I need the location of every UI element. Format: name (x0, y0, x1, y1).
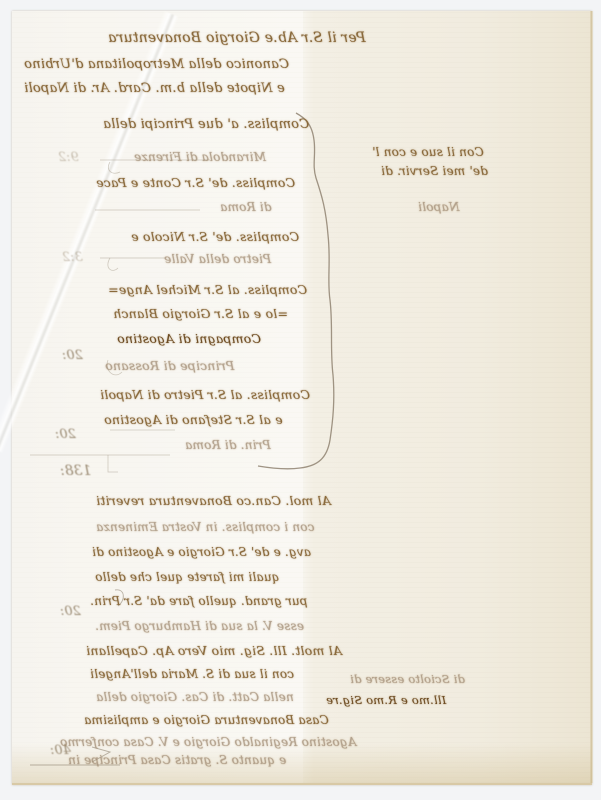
paragraph-line: con il sua di S. Maria dell'Angeli (90, 667, 294, 681)
margin-number: 20: (55, 427, 76, 442)
manuscript-scan: Per il S.r Ab.e Giorgio Bonaventura Cano… (0, 0, 601, 800)
paragraph-line: avg. e de' S.r Giorgio e Agostino di (92, 545, 311, 559)
header-line: e Nipote della b.m. Card. Ar. di Napoli (24, 81, 285, 96)
entry-line: e al S.r Stefano di Agostino (104, 412, 283, 427)
paragraph-line: Al molt. Ill. Sig. mio Vero Ap. Capellan… (86, 643, 342, 658)
margin-number: 3:2 (62, 250, 83, 265)
header-line: Per il S.r Ab.e Giorgio Bonaventura (108, 30, 366, 46)
entry-line: Compliss. de' S.r Nicolo e (131, 229, 299, 244)
entry-line: Pietro della Valle (164, 252, 271, 266)
right-fold-edge (590, 11, 593, 783)
right-note-line: de' mei Servir. di (381, 164, 488, 178)
entry-line: Compliss. al S.r Pietro di Napoli (100, 387, 310, 402)
margin-number: 9:2 (58, 150, 79, 165)
bottom-note-line: di Sciolto essere di (350, 672, 465, 686)
margin-number: 20: (60, 604, 81, 619)
bottom-note-line: Ill.mo e R.mo Sig.re (326, 693, 446, 707)
header-line: Canonico della Metropolitana d'Urbino (24, 57, 289, 72)
right-note-line: Napoli (418, 200, 459, 214)
right-note-line: Con il suo e con l' (372, 145, 484, 159)
paragraph-line: Al mol. Can.co Bonaventura reveriti (96, 493, 331, 508)
paragraph-line: pur grand. quello fare da' S.r Prin. (90, 594, 308, 608)
entry-line: Mirandola di Firenze (134, 150, 266, 164)
paragraph-line: con i compliss. in Vostra Eminenza (96, 520, 314, 534)
paragraph-line: Agostino Reginaldo Giorgio e V. Casa con… (60, 735, 356, 749)
paragraph-line: quali mi farete quel che dello (95, 570, 279, 584)
entry-line: Principe di Rossano (105, 358, 234, 373)
margin-number: 20: (62, 348, 83, 363)
entry-line: Prin. di Roma (185, 438, 271, 452)
entry-line: Compagni di Agostino (117, 331, 261, 346)
entry-line: =lo e al S.r Giorgio Blanch (113, 306, 288, 321)
paragraph-line: e quanto S. gratis Casa Principe in (68, 753, 286, 767)
paragraph-line: nella Catt. di Cas. Giorgio della (96, 690, 294, 704)
paragraph-line: Casa Bonaventura Giorgio e amplisima (84, 713, 329, 727)
entry-line: di Roma (220, 200, 272, 214)
entry-line: Compliss. al S.r Michel Ange= (108, 282, 307, 297)
entry-line: Compliss. a' due Principi della (103, 117, 309, 132)
margin-number: 138: (60, 463, 91, 479)
paragraph-line: esse V. la sua di Hamburgo Piem. (95, 619, 304, 633)
entry-line: Compliss. de' S.r Conte e Pace (96, 175, 295, 190)
